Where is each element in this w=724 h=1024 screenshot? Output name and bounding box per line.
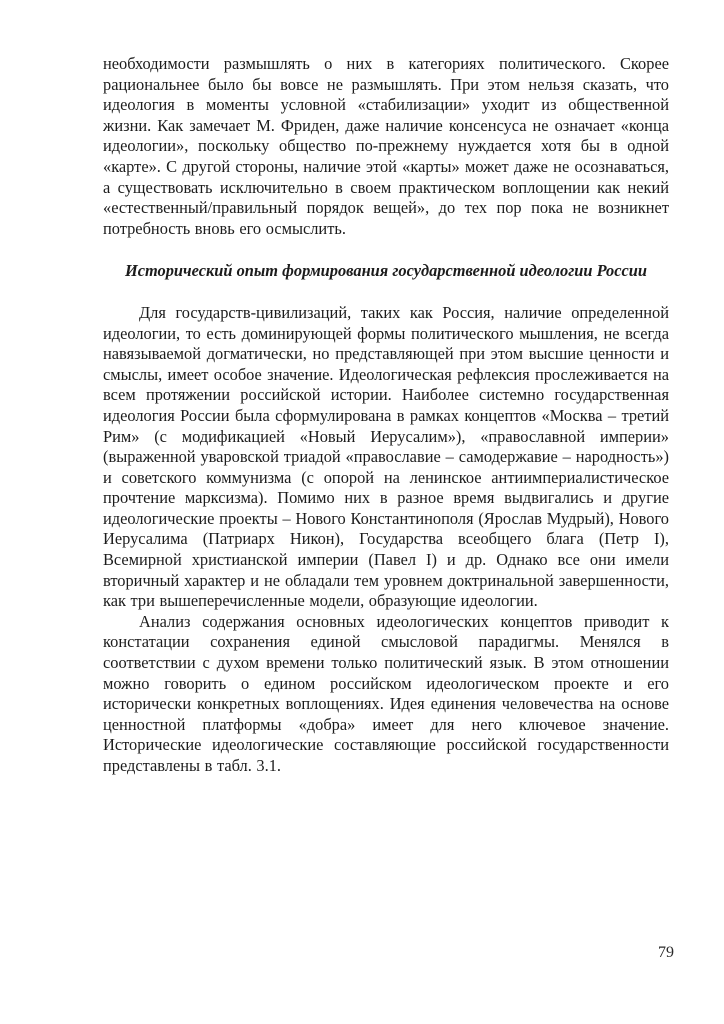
- body-paragraph: Анализ содержания основных идеологически…: [103, 612, 669, 777]
- body-paragraph-continuation: необходимости размышлять о них в категор…: [103, 54, 669, 239]
- page-number: 79: [658, 944, 674, 962]
- document-page: необходимости размышлять о них в категор…: [0, 0, 724, 1024]
- page-content: необходимости размышлять о них в категор…: [103, 54, 669, 777]
- section-heading: Исторический опыт формирования государст…: [103, 261, 669, 282]
- body-paragraph: Для государств-цивилизаций, таких как Ро…: [103, 303, 669, 612]
